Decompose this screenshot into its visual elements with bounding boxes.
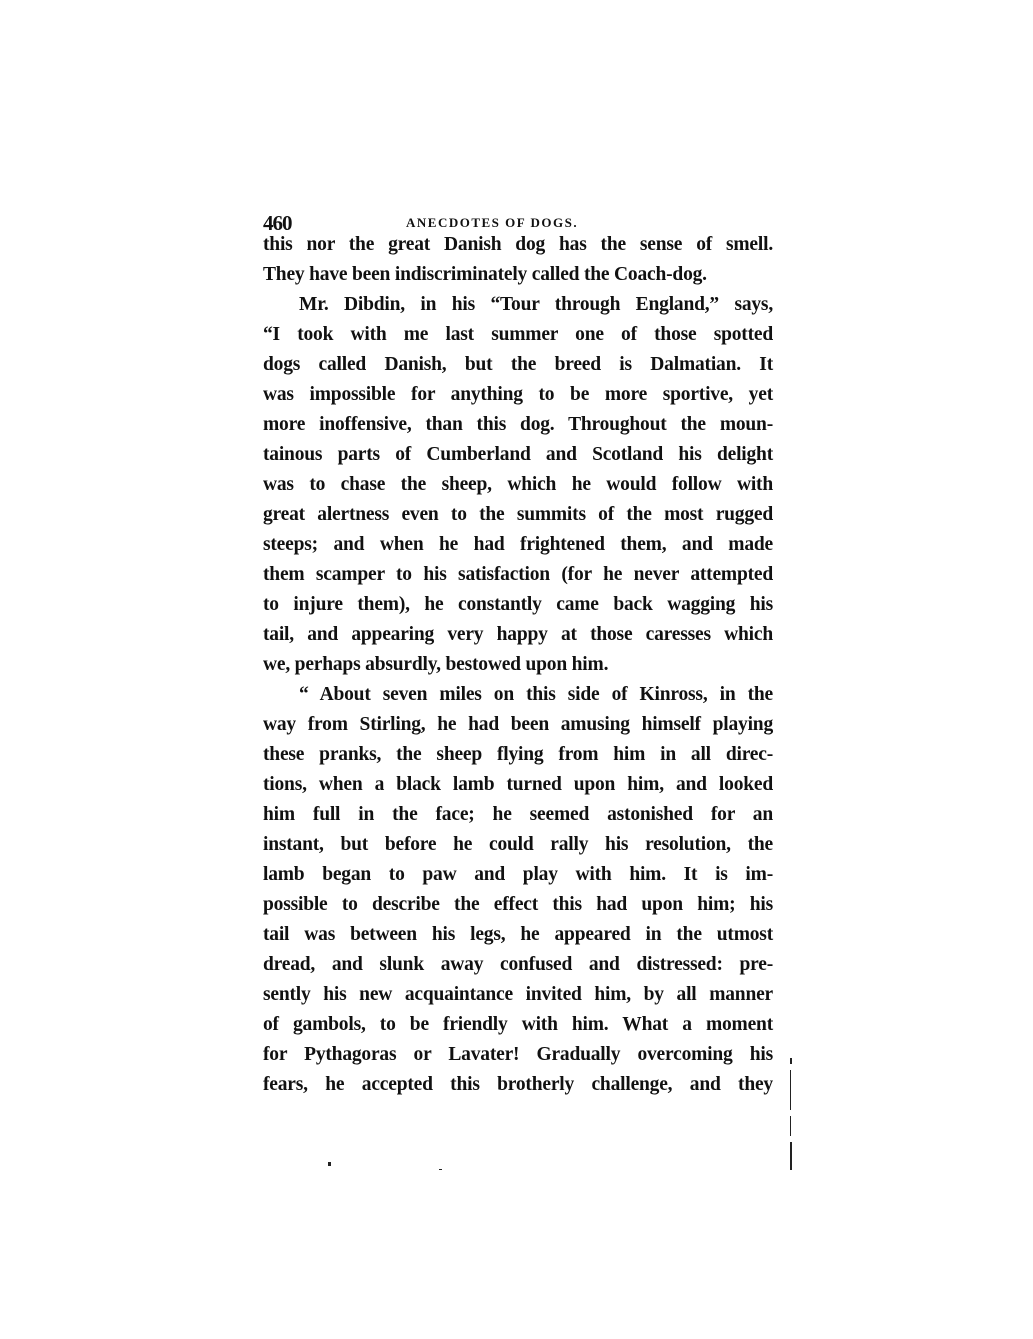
text-line: more inoffensive, than this dog. Through… <box>263 410 773 440</box>
text-line: lamb began to paw and play with him. It … <box>263 860 773 890</box>
text-line: “I took with me last summer one of those… <box>263 320 773 350</box>
text-line: way from Stirling, he had been amusing h… <box>263 710 773 740</box>
text-line: “ About seven miles on this side of Kinr… <box>263 680 773 710</box>
text-line: great alertness even to the summits of t… <box>263 500 773 530</box>
text-line: sently his new acquaintance invited him,… <box>263 980 773 1010</box>
text-line: of gambols, to be friendly with him. Wha… <box>263 1010 773 1040</box>
running-title: ANECDOTES OF DOGS. <box>406 215 578 231</box>
text-line: was to chase the sheep, which he would f… <box>263 470 773 500</box>
text-line: dogs called Danish, but the breed is Dal… <box>263 350 773 380</box>
text-line: was impossible for anything to be more s… <box>263 380 773 410</box>
text-line: Mr. Dibdin, in his “Tour through England… <box>263 290 773 320</box>
text-line: tions, when a black lamb turned upon him… <box>263 770 773 800</box>
scan-edge-mark <box>790 1058 792 1064</box>
text-line: tail was between his legs, he appeared i… <box>263 920 773 950</box>
body-text: this nor the great Danish dog has the se… <box>263 230 773 1100</box>
text-line: fears, he accepted this brotherly challe… <box>263 1070 773 1100</box>
scan-speck <box>328 1162 331 1166</box>
text-line: tail, and appearing very happy at those … <box>263 620 773 650</box>
scan-speck <box>439 1169 442 1170</box>
scan-edge-mark <box>790 1070 791 1110</box>
text-line: for Pythagoras or Lavater! Gradually ove… <box>263 1040 773 1070</box>
text-line: these pranks, the sheep flying from him … <box>263 740 773 770</box>
text-line: dread, and slunk away confused and distr… <box>263 950 773 980</box>
text-line: instant, but before he could rally his r… <box>263 830 773 860</box>
text-line: steeps; and when he had frightened them,… <box>263 530 773 560</box>
text-line: to injure them), he constantly came back… <box>263 590 773 620</box>
text-line: tainous parts of Cumberland and Scotland… <box>263 440 773 470</box>
text-line: this nor the great Danish dog has the se… <box>263 230 773 260</box>
text-line: we, perhaps absurdly, bestowed upon him. <box>263 650 773 680</box>
text-line: him full in the face; he seemed astonish… <box>263 800 773 830</box>
scan-edge-mark <box>790 1142 792 1170</box>
text-line: them scamper to his satisfaction (for he… <box>263 560 773 590</box>
book-page: 460 ANECDOTES OF DOGS. this nor the grea… <box>0 0 1033 1339</box>
text-line: They have been indiscriminately called t… <box>263 260 773 290</box>
scan-edge-mark <box>790 1116 791 1136</box>
text-line: possible to describe the effect this had… <box>263 890 773 920</box>
